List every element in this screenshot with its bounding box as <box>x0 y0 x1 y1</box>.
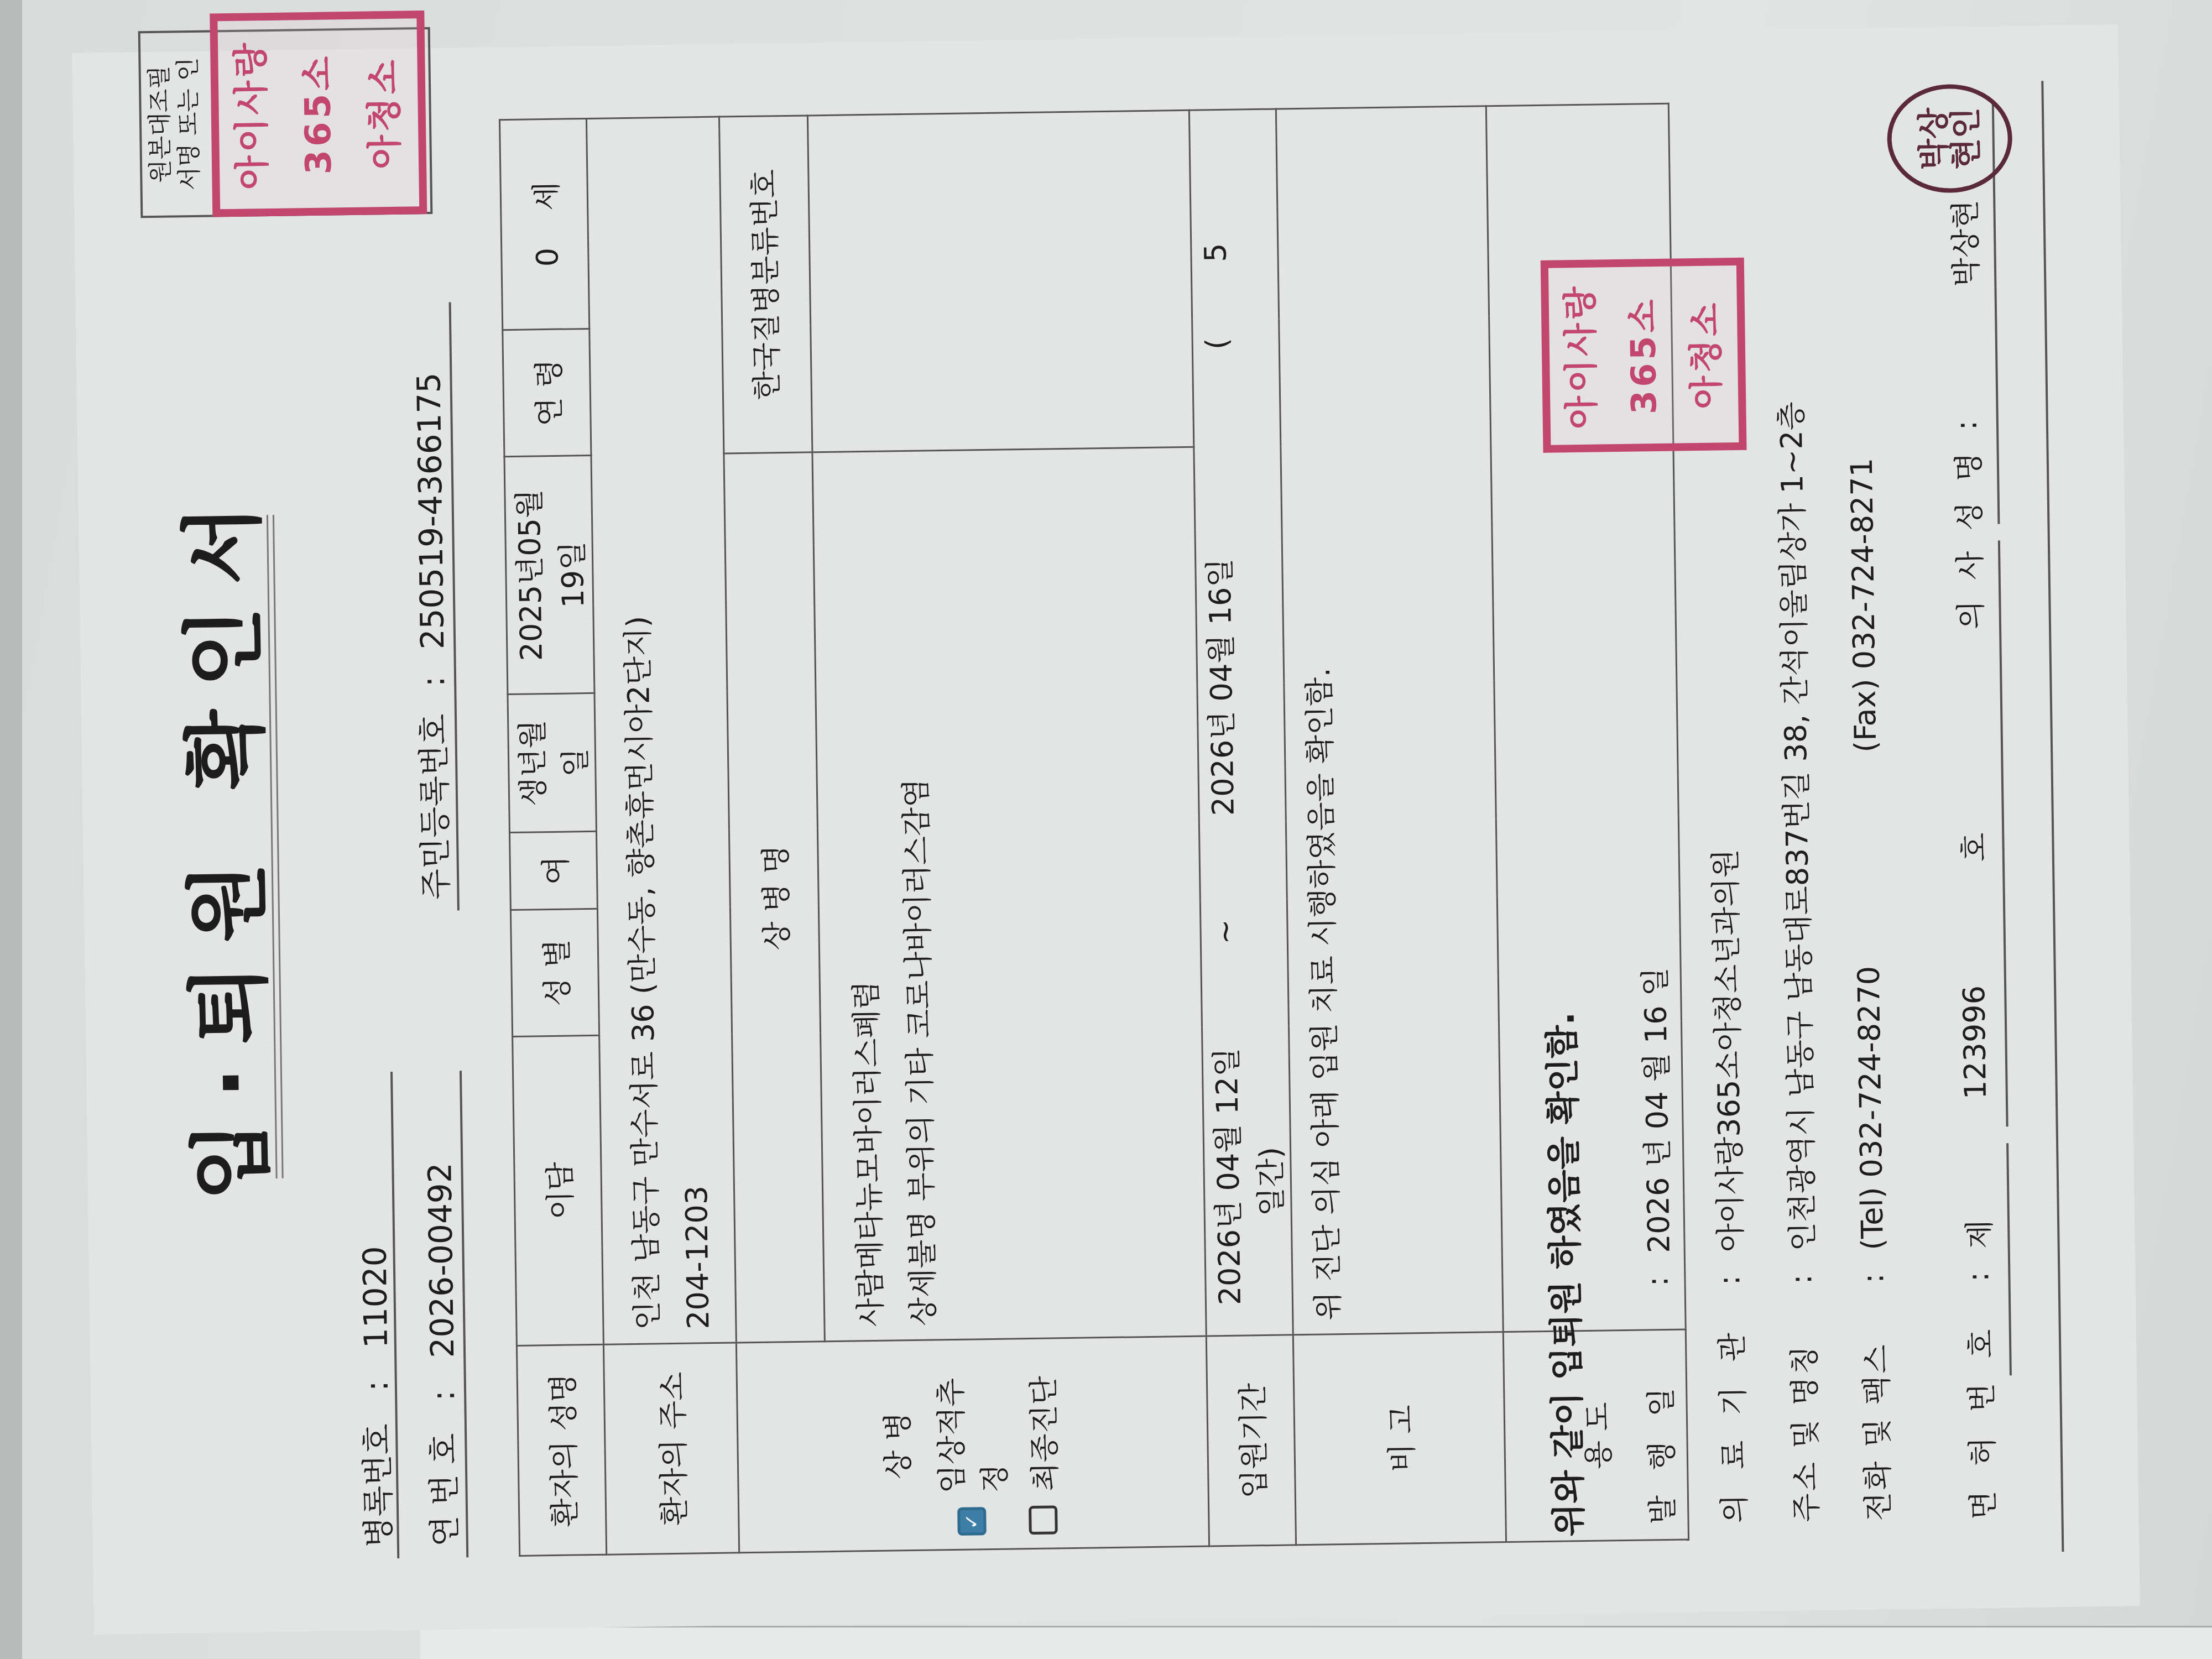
kcd-code-value <box>807 110 1193 452</box>
serial-number-row: 연 번 호 : 2026-00492 <box>414 1162 466 1547</box>
chart-number-row: 병록번호 : 11020 <box>348 1246 399 1548</box>
admission-days: 5 <box>1198 243 1233 262</box>
chart-number-label: 병록번호 <box>351 1423 399 1548</box>
diagnosis-content-row: 사람메타뉴모바이러스폐렴 상세불명 부위의 기타 코로나바이러스감염 <box>807 110 1209 1551</box>
treatment-statement: 위 진단 의심 아래 입원 치료 시행하였음을 확인함. <box>1288 122 1347 1321</box>
doctor-name: 박상현 <box>1942 200 1985 287</box>
form-border-bottom <box>2041 81 2064 1552</box>
remarks-label: 비 고 <box>1293 1332 1506 1545</box>
confirmation-statement: 위와 같이 입퇴원 하였음을 확인함. <box>1535 1012 1591 1537</box>
option-clinical-estimate[interactable]: ✓ 임상적추정 <box>927 1353 1015 1536</box>
period-tilde: ~ <box>1207 919 1243 945</box>
remarks-row: 비 고 위 진단 의심 아래 입원 치료 시행하였음을 확인함. <box>1276 106 1506 1545</box>
sex-label: 성 별 <box>510 909 599 1037</box>
patient-name-label: 환자의 성명 <box>517 1345 606 1556</box>
diagnosis-kind-cell: 상 병 ✓ 임상적추정 최종진단 <box>736 1336 1209 1552</box>
resident-id-value: 250519-4366175 <box>410 372 451 650</box>
kcd-code-header: 한국질병분류번호 <box>719 116 812 454</box>
sex-value: 여 <box>509 831 597 910</box>
age-unit: 세 <box>529 181 564 211</box>
remarks-value: 위 진단 의심 아래 입원 치료 시행하였음을 확인함. <box>1276 106 1503 1335</box>
clinic-seal: 아이사랑 365소 아청소 <box>1541 258 1747 453</box>
tel-number: (Tel) 032-724-8270 <box>1848 752 1890 1250</box>
dob-value: 2025년05월19일 <box>504 456 594 695</box>
option-final-diagnosis[interactable]: 최종진단 <box>1020 1353 1065 1535</box>
admission-period-label: 입원기간 <box>1206 1335 1296 1546</box>
checkbox-unchecked-icon[interactable] <box>1029 1505 1058 1535</box>
patient-name-value: 이담 <box>513 1036 604 1346</box>
age-label: 연 령 <box>503 328 591 457</box>
admission-period-value: 2026년 04월 12일 ~ 2026년 04월 16일 ( 5 일간) <box>1189 109 1293 1336</box>
admission-end: 2026년 04월 16일 <box>1202 558 1240 816</box>
serial-number-label: 연 번 호 <box>418 1433 466 1547</box>
certificate-form-table: 환자의 성명 이담 성 별 여 생년월일 2025년05월19일 연 령 0 세… <box>499 103 1689 1557</box>
institution-address: 인천광역시 남동구 남동대로837번길 38, 간석이울림상가 1~2층 <box>1767 401 1822 1251</box>
diagnosis-lines: 사람메타뉴모바이러스폐렴 상세불명 부위의 기타 코로나바이러스감염 <box>812 447 1206 1342</box>
issue-date: 2026 년 04 월 16 일 <box>1631 967 1678 1254</box>
institution-name: 아이사랑365소아청소년과의원 <box>1702 849 1750 1253</box>
age-value: 0 <box>530 247 565 267</box>
clinic-seal-top: 아이사랑 365소 아청소 <box>210 11 427 217</box>
document-title: 입·퇴원 확인서 <box>149 50 291 1634</box>
license-number: 123996 <box>1954 862 1992 1100</box>
resident-id-label: 주민등록번호 <box>408 713 457 900</box>
fax-number: (Fax) 032-724-8271 <box>1844 457 1882 753</box>
dob-label: 생년월일 <box>508 693 596 832</box>
patient-address-row: 환자의 주소 인천 남동구 만수서로 36 (만수동, 향촌휴먼시아2단지) 2… <box>586 117 739 1554</box>
checkbox-checked-icon[interactable]: ✓ <box>957 1507 987 1536</box>
disease-name-header: 상 병 명 <box>724 452 825 1343</box>
underlying-sheet <box>420 1626 2212 1659</box>
serial-number-value: 2026-00492 <box>421 1162 461 1358</box>
patient-address-value: 인천 남동구 만수서로 36 (만수동, 향촌휴먼시아2단지) 204-1203 <box>586 117 736 1345</box>
age-cell: 0 세 <box>499 118 589 330</box>
diagnosis-kind-label: 상 병 <box>873 1354 919 1537</box>
certificate-paper: 입·퇴원 확인서 병록번호 : 11020 연 번 호 : 2026-00492… <box>72 24 2140 1634</box>
original-copy-caption: 원본대조필 서명 또는 인 <box>140 32 216 216</box>
resident-id-row: 주민등록번호 : 250519-4366175 <box>403 372 456 900</box>
patient-address-label: 환자의 주소 <box>603 1343 739 1554</box>
photo-edge <box>0 0 22 1659</box>
admission-start: 2026년 04월 12일 <box>1209 1047 1248 1306</box>
chart-number-value: 11020 <box>356 1246 395 1348</box>
